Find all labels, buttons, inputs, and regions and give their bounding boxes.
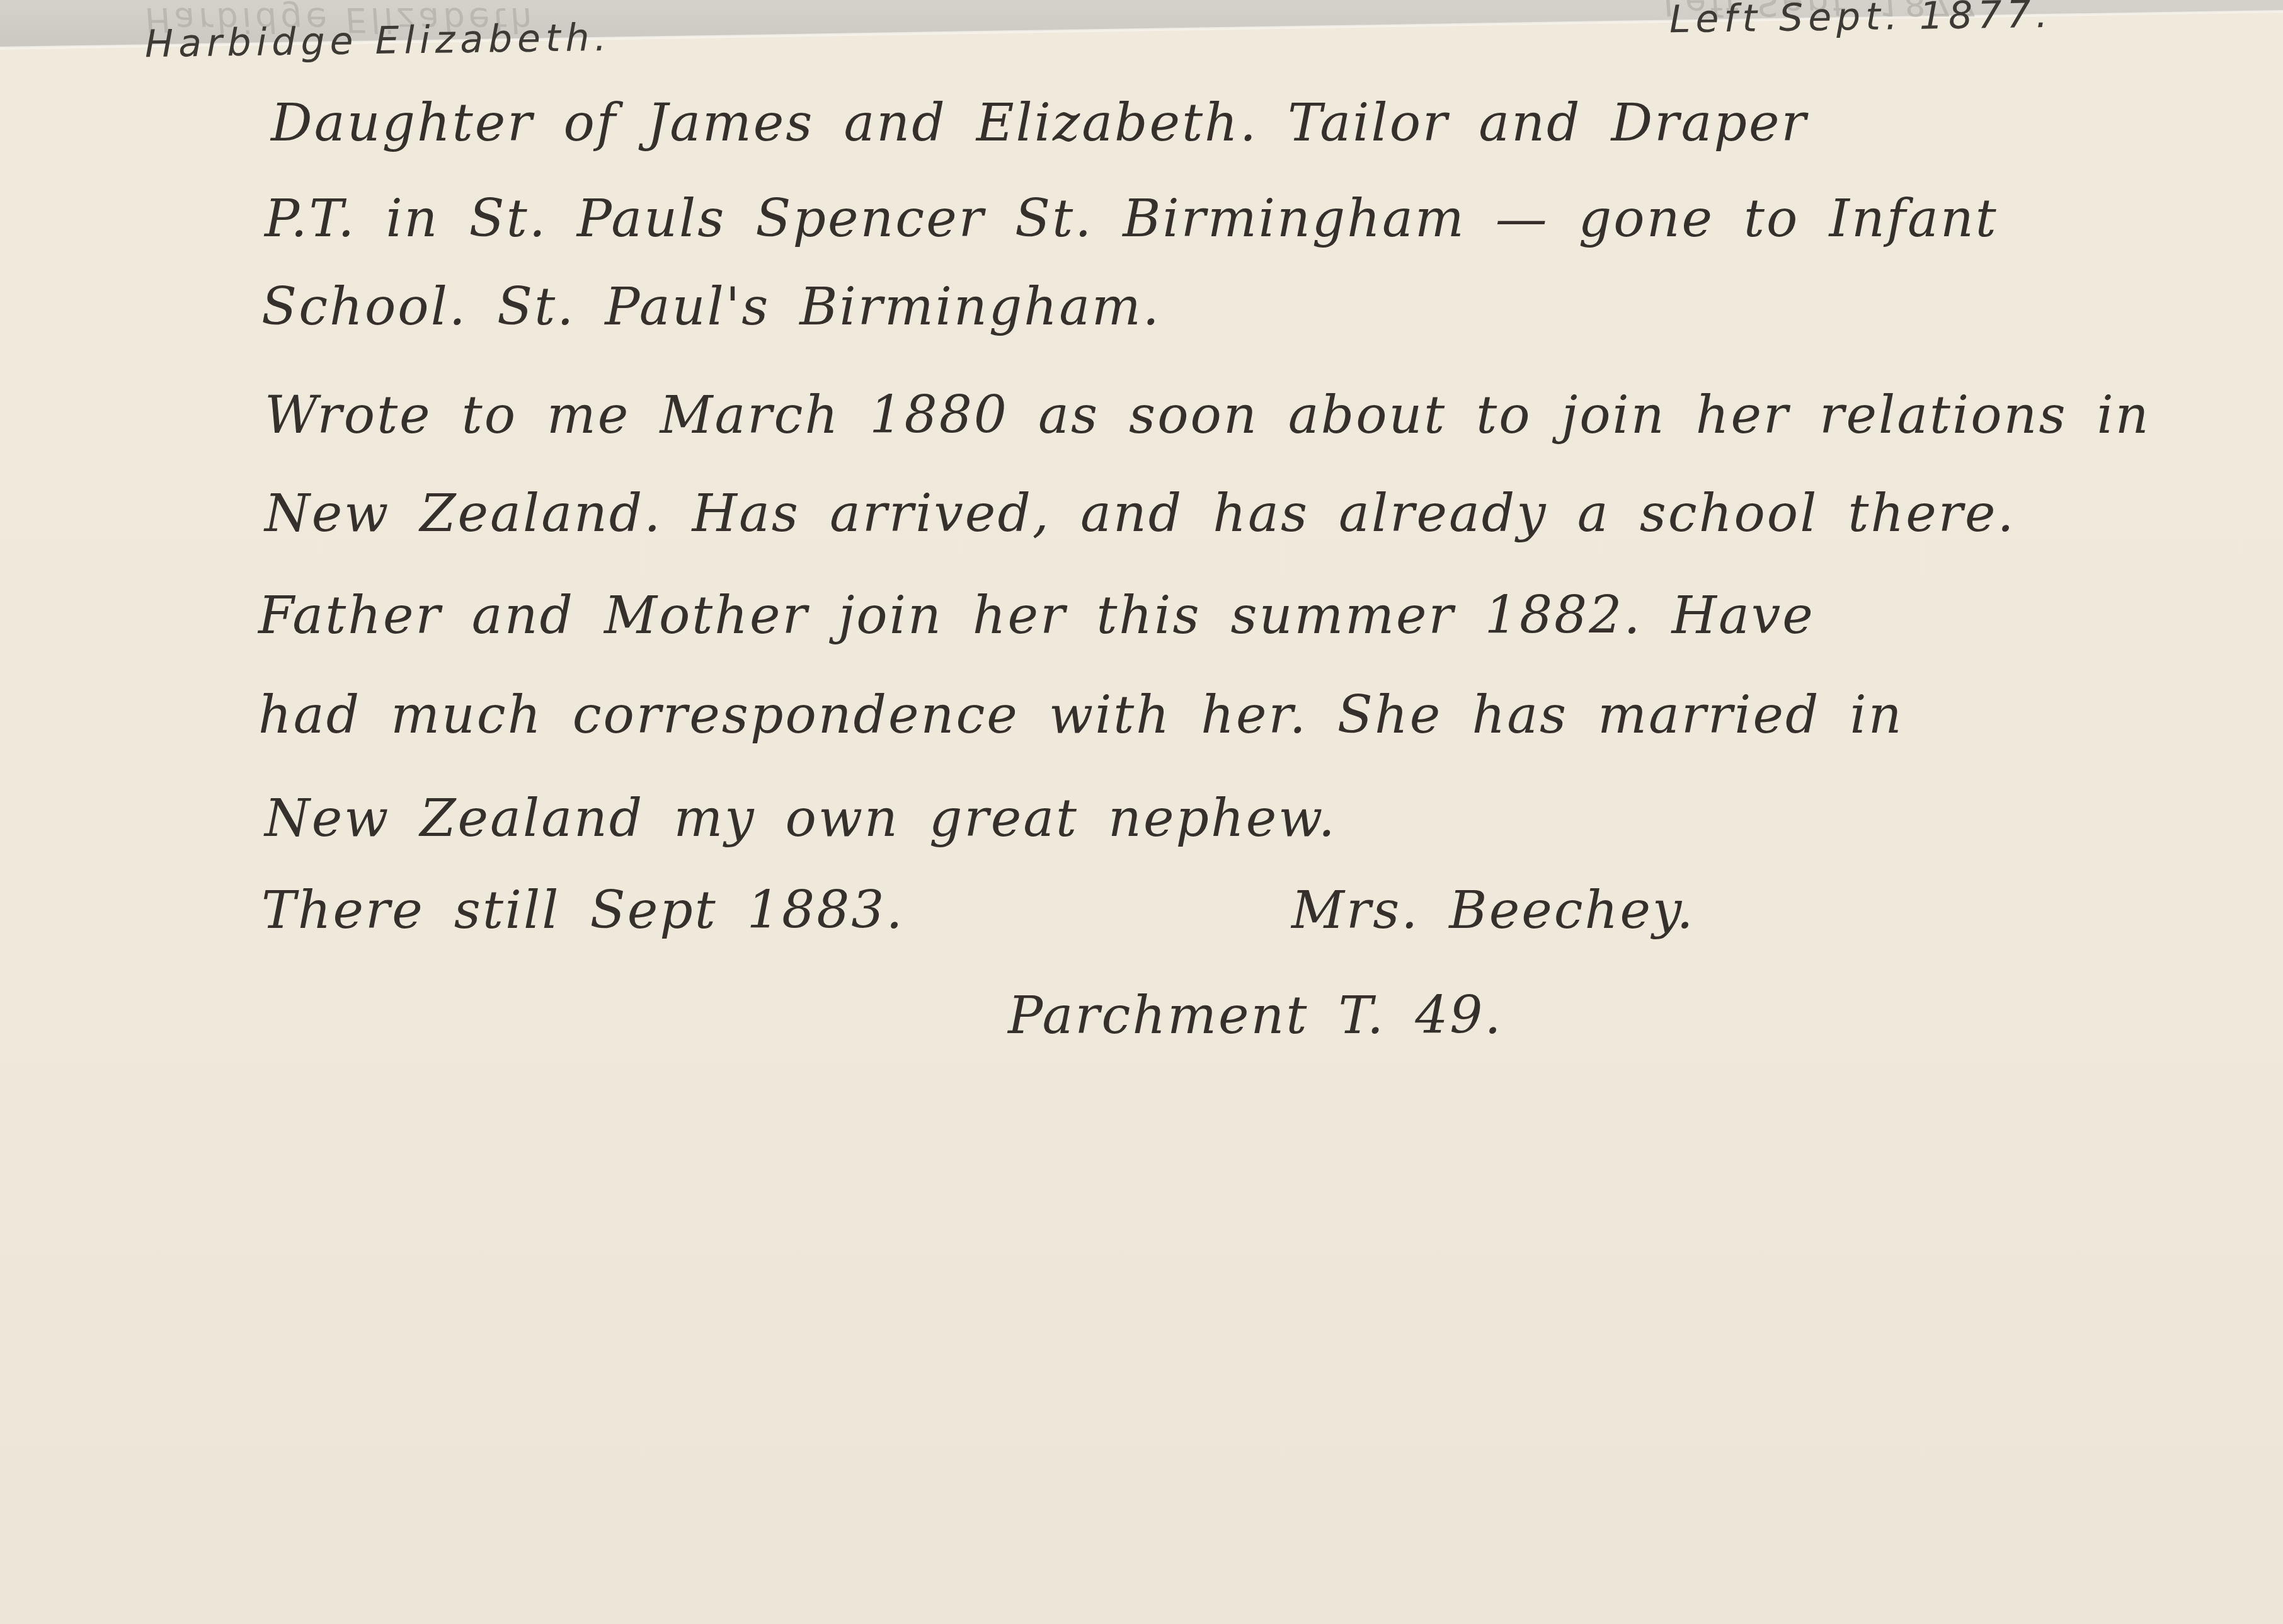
body-line-school: School. St. Paul's Birmingham. xyxy=(261,277,1161,337)
entry-name: Harbidge Elizabeth. xyxy=(145,16,612,66)
body-line-married: New Zealand my own great nephew. xyxy=(265,789,1337,849)
body-line-arrived: New Zealand. Has arrived, and has alread… xyxy=(265,484,2016,544)
body-line-pupil-teacher: P.T. in St. Pauls Spencer St. Birmingham… xyxy=(265,189,1998,249)
body-line-correspondence: had much correspondence with her. She ha… xyxy=(258,685,1904,745)
document-page: Harbidge Elizabeth Left Sept. 1877 Harbi… xyxy=(0,0,2283,1624)
signature: Mrs. Beechey. xyxy=(1291,881,1695,941)
body-line-wrote: Wrote to me March 1880 as soon about to … xyxy=(265,386,2151,445)
body-line-parents: Daughter of James and Elizabeth. Tailor … xyxy=(271,93,1808,153)
entry-left-date: Left Sept. 1877. xyxy=(1669,0,2054,42)
body-line-parents-join: Father and Mother join her this summer 1… xyxy=(258,586,1815,646)
body-line-there-still: There still Sept 1883. xyxy=(261,881,905,941)
parchment-reference: Parchment T. 49. xyxy=(1008,986,1503,1046)
